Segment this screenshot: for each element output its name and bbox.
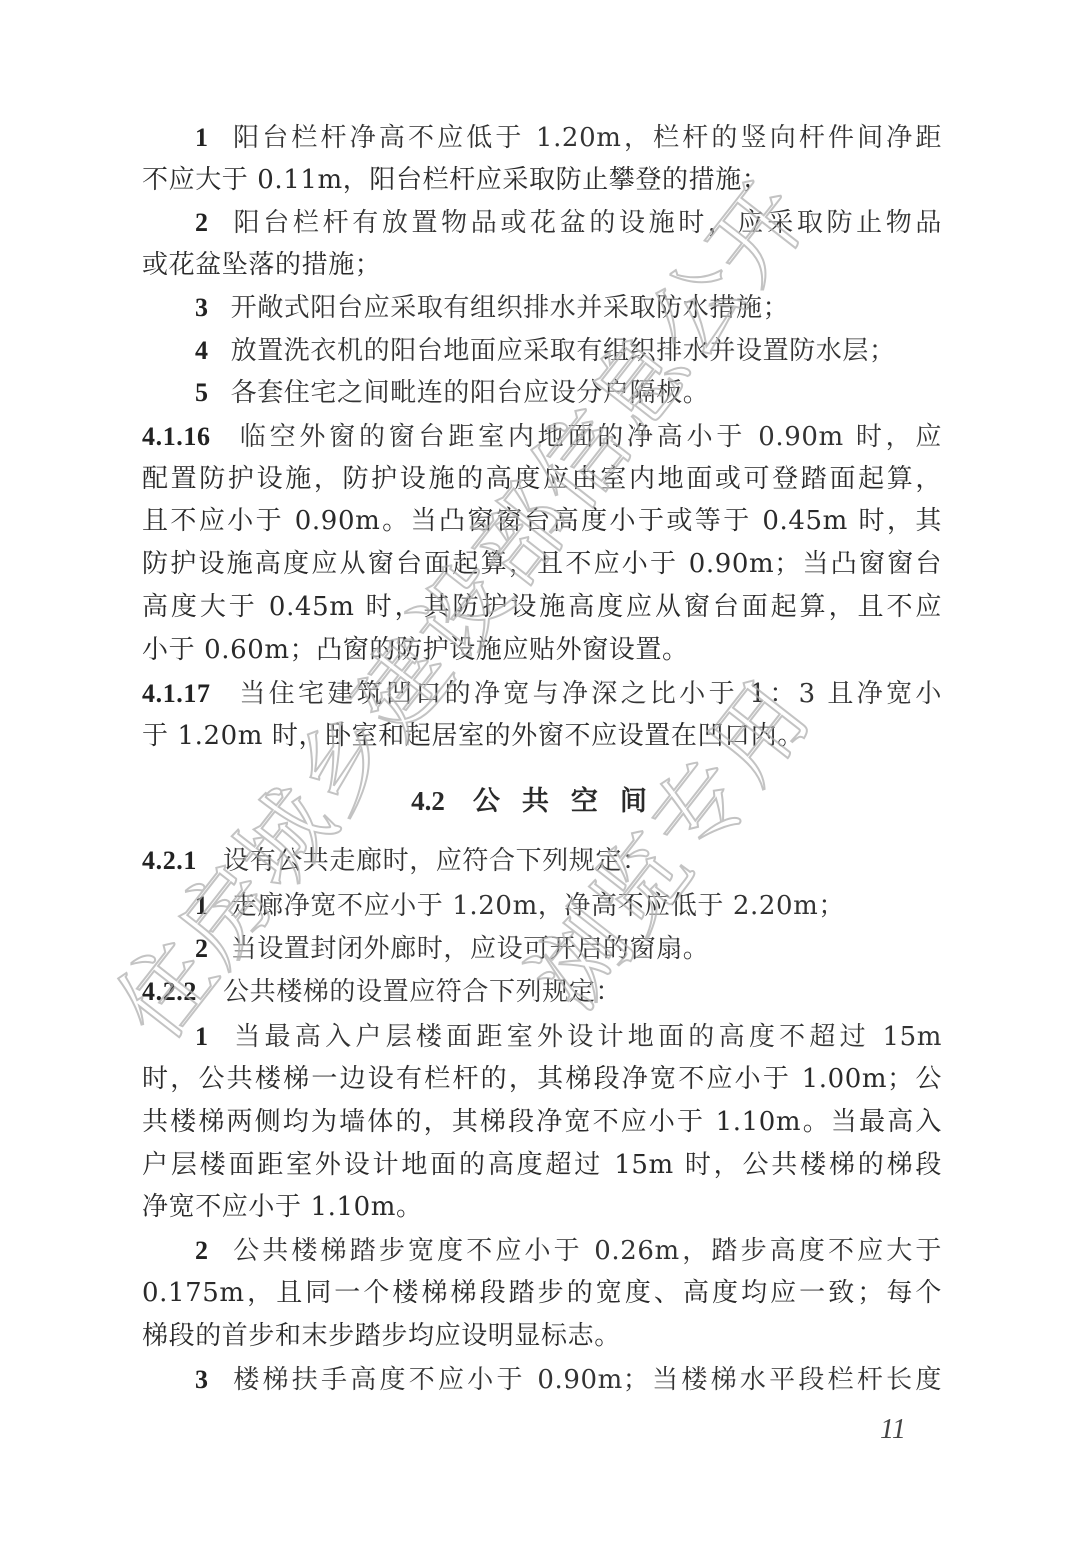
list-item-1-line-2: 不应大于 0.11m，阳台栏杆应采取防止攀登的措施； — [142, 159, 942, 202]
clause-4-2-2-item-1-line-5: 净宽不应小于 1.10m。 — [142, 1186, 942, 1229]
list-item-1-line-1: 1阳台栏杆净高不应低于 1.20m，栏杆的竖向杆件间净距 — [195, 116, 942, 159]
item-number: 2 — [195, 201, 209, 244]
item-number: 1 — [195, 116, 209, 159]
document-page: 1阳台栏杆净高不应低于 1.20m，栏杆的竖向杆件间净距 不应大于 0.11m，… — [0, 0, 1080, 1565]
item-number: 1 — [195, 884, 209, 927]
clause-4-1-16-line-2: 配置防护设施，防护设施的高度应由室内地面或可登踏面起算， — [142, 458, 942, 501]
clause-4-2-2-item-1-line-3: 共楼梯两侧均为墙体的，其梯段净宽不应小于 1.10m。当最高入 — [142, 1101, 942, 1144]
clause-4-2-2-item-2-line-3: 梯段的首步和末步踏步均应设明显标志。 — [142, 1315, 942, 1358]
clause-4-1-16-line-3: 且不应小于 0.90m。当凸窗窗台高度小于或等于 0.45m 时，其 — [142, 500, 942, 543]
clause-4-1-16-line-5: 高度大于 0.45m 时，其防护设施高度应从窗台面起算，且不应 — [142, 586, 942, 629]
section-heading: 4.2公共空间 — [0, 780, 1080, 823]
clause-4-2-2-item-3-line-1: 3楼梯扶手高度不应小于 0.90m；当楼梯水平段栏杆长度 — [195, 1358, 942, 1401]
clause-4-2-1-item-1: 1走廊净宽不应小于 1.20m，净高不应低于 2.20m； — [195, 884, 942, 927]
clause-4-2-2-item-2-line-1: 2公共楼梯踏步宽度不应小于 0.26m，踏步高度不应大于 — [195, 1229, 942, 1272]
clause-4-1-16-line-1: 4.1.16临空外窗的窗台距室内地面的净高小于 0.90m 时，应 — [142, 415, 942, 458]
section-title: 公共空间 — [473, 786, 669, 817]
clause-4-1-17-line-1: 4.1.17当住宅建筑凹口的净宽与净深之比小于 1：3 且净宽小 — [142, 672, 942, 715]
list-item-2-line-2: 或花盆坠落的措施； — [142, 244, 942, 287]
clause-4-2-2-item-1-line-4: 户层楼面距室外设计地面的高度超过 15m 时，公共楼梯的梯段 — [142, 1144, 942, 1187]
clause-4-1-16-line-4: 防护设施高度应从窗台面起算，且不应小于 0.90m；当凸窗窗台 — [142, 543, 942, 586]
list-item-4: 4放置洗衣机的阳台地面应采取有组织排水并设置防水层； — [195, 329, 942, 372]
clause-number: 4.1.17 — [142, 672, 211, 715]
clause-4-2-1-item-2: 2当设置封闭外廊时，应设可开启的窗扇。 — [195, 927, 942, 970]
item-number: 2 — [195, 927, 209, 970]
clause-4-2-1-intro: 4.2.1设有公共走廊时，应符合下列规定： — [142, 839, 942, 882]
item-number: 4 — [195, 329, 209, 372]
list-item-5: 5各套住宅之间毗连的阳台应设分户隔板。 — [195, 371, 942, 414]
item-number: 5 — [195, 371, 209, 414]
clause-4-1-17-line-2: 于 1.20m 时，卧室和起居室的外窗不应设置在凹口内。 — [142, 715, 942, 758]
clause-number: 4.2.1 — [142, 839, 197, 882]
clause-4-1-16-line-6: 小于 0.60m；凸窗的防护设施应贴外窗设置。 — [142, 629, 942, 672]
clause-4-2-2-item-2-line-2: 0.175m，且同一个楼梯梯段踏步的宽度、高度均应一致；每个 — [142, 1272, 942, 1315]
list-item-3: 3开敞式阳台应采取有组织排水并采取防水措施； — [195, 286, 942, 329]
clause-4-2-2-item-1-line-1: 1当最高入户层楼面距室外设计地面的高度不超过 15m — [195, 1015, 942, 1058]
item-number: 1 — [195, 1015, 209, 1058]
item-number: 2 — [195, 1229, 209, 1272]
section-number: 4.2 — [411, 786, 445, 816]
clause-4-2-2-item-1-line-2: 时，公共楼梯一边设有栏杆的，其梯段净宽不应小于 1.00m；公 — [142, 1058, 942, 1101]
clause-number: 4.1.16 — [142, 415, 211, 458]
clause-4-2-2-intro: 4.2.2公共楼梯的设置应符合下列规定： — [142, 970, 942, 1013]
item-number: 3 — [195, 1358, 209, 1401]
page-number: 11 — [880, 1414, 906, 1446]
clause-number: 4.2.2 — [142, 970, 197, 1013]
item-number: 3 — [195, 286, 209, 329]
list-item-2-line-1: 2阳台栏杆有放置物品或花盆的设施时，应采取防止物品 — [195, 201, 942, 244]
